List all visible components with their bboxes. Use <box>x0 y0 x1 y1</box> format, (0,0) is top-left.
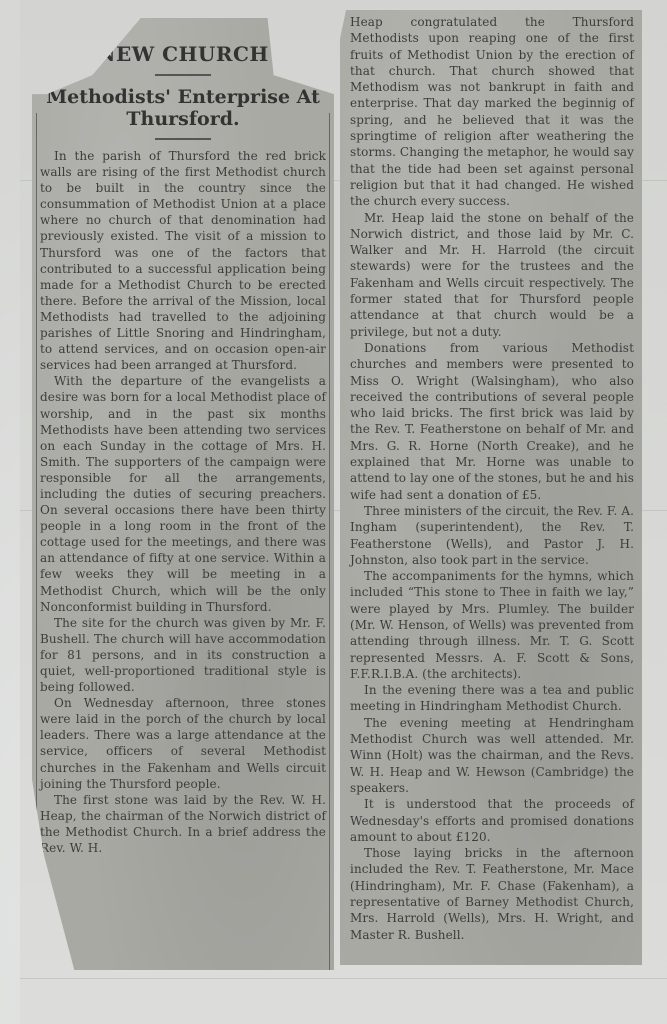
paragraph: The first stone was laid by the Rev. W. … <box>40 792 326 856</box>
paragraph: On Wednesday afternoon, three stones wer… <box>40 695 326 792</box>
left-column-body: In the parish of Thursford the red brick… <box>40 148 326 856</box>
paragraph: The accompaniments for the hymns, which … <box>350 568 634 682</box>
right-column-body: Heap congratulated the Thursford Methodi… <box>350 14 634 943</box>
paragraph: The evening meeting at Hendringham Metho… <box>350 715 634 796</box>
paragraph: With the departure of the evangelists a … <box>40 373 326 614</box>
paragraph: In the evening there was a tea and publi… <box>350 682 634 715</box>
paragraph: Those laying bricks in the afternoon inc… <box>350 845 634 943</box>
clipping-left-column: NEW CHURCH Methodists' Enterprise At Thu… <box>32 18 334 970</box>
page-ruling-line <box>20 978 667 979</box>
paragraph: Mr. Heap laid the stone on behalf of the… <box>350 210 634 340</box>
paragraph: Heap congratulated the Thursford Methodi… <box>350 14 634 210</box>
paragraph: The site for the church was given by Mr.… <box>40 615 326 695</box>
column-rule <box>329 113 330 970</box>
paragraph: Three ministers of the circuit, the Rev.… <box>350 503 634 568</box>
paragraph: In the parish of Thursford the red brick… <box>40 148 326 373</box>
heading-divider <box>155 138 211 140</box>
heading-divider <box>155 74 211 76</box>
paragraph: Donations from various Methodist churche… <box>350 340 634 503</box>
paragraph: It is understood that the proceeds of We… <box>350 796 634 845</box>
clipping-right-column: Heap congratulated the Thursford Methodi… <box>340 10 642 965</box>
article-headline: Methodists' Enterprise At Thursford. <box>40 86 326 130</box>
